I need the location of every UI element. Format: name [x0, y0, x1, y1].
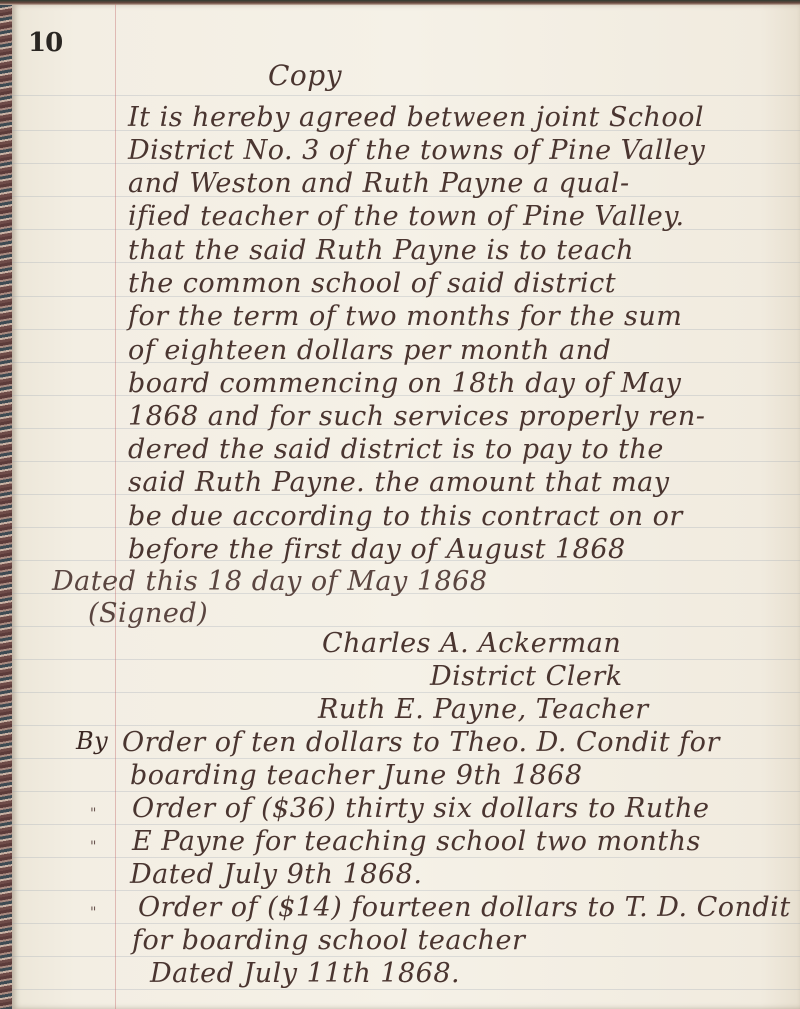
contract-line: that the said Ruth Payne is to teach — [128, 237, 634, 264]
ledger-rule — [12, 956, 800, 957]
contract-line: ified teacher of the town of Pine Valley… — [128, 203, 685, 230]
ledger-rule — [12, 923, 800, 924]
order-line: boarding teacher June 9th 1868 — [130, 762, 583, 789]
heading-copy: Copy — [268, 62, 342, 90]
contract-line: and Weston and Ruth Payne a qual- — [128, 170, 630, 197]
orders-prefix: By — [76, 729, 108, 753]
order-line: Order of ten dollars to Theo. D. Condit … — [122, 729, 720, 756]
order-line: for boarding school teacher — [132, 927, 525, 954]
order-line: Order of ($36) thirty six dollars to Rut… — [132, 795, 709, 822]
contract-line: dered the said district is to pay to the — [128, 436, 664, 463]
ledger-rule — [12, 890, 800, 891]
order-line: Dated July 11th 1868. — [150, 960, 460, 987]
signature-clerk-title: District Clerk — [430, 663, 623, 690]
signature-clerk-name: Charles A. Ackerman — [322, 630, 621, 657]
ditto-mark: " — [90, 806, 96, 822]
contract-line: for the term of two months for the sum — [128, 303, 682, 330]
ledger-rule — [12, 758, 800, 759]
ledger-rule — [12, 791, 800, 792]
order-line: E Payne for teaching school two months — [132, 828, 701, 855]
dated-line: Dated this 18 day of May 1868 — [52, 568, 488, 595]
contract-line: board commencing on 18th day of May — [128, 370, 681, 397]
page-top-edge — [0, 0, 800, 5]
marbled-book-edge — [0, 0, 12, 1009]
ledger-rule — [12, 95, 800, 96]
ledger-rule — [12, 659, 800, 660]
ledger-rule — [12, 989, 800, 990]
contract-line: said Ruth Payne. the amount that may — [128, 469, 670, 496]
contract-line: the common school of said district — [128, 270, 616, 297]
ledger-rule — [12, 824, 800, 825]
ditto-mark: " — [90, 839, 96, 855]
contract-line: before the first day of August 1868 — [128, 536, 626, 563]
contract-line: 1868 and for such services properly ren- — [128, 403, 705, 430]
signature-teacher: Ruth E. Payne, Teacher — [318, 696, 649, 723]
order-line: Order of ($14) fourteen dollars to T. D.… — [138, 894, 791, 921]
margin-line — [115, 4, 116, 1009]
ledger-rule — [12, 857, 800, 858]
ledger-rule — [12, 725, 800, 726]
contract-line: be due according to this contract on or — [128, 503, 683, 530]
order-line: Dated July 9th 1868. — [130, 861, 422, 888]
ledger-rule — [12, 692, 800, 693]
contract-line: It is hereby agreed between joint School — [128, 104, 704, 131]
ditto-mark: " — [90, 905, 96, 921]
page-number: 10 — [28, 28, 62, 58]
contract-line: District No. 3 of the towns of Pine Vall… — [128, 137, 705, 164]
contract-line: of eighteen dollars per month and — [128, 337, 611, 364]
signed-label: (Signed) — [88, 600, 208, 627]
